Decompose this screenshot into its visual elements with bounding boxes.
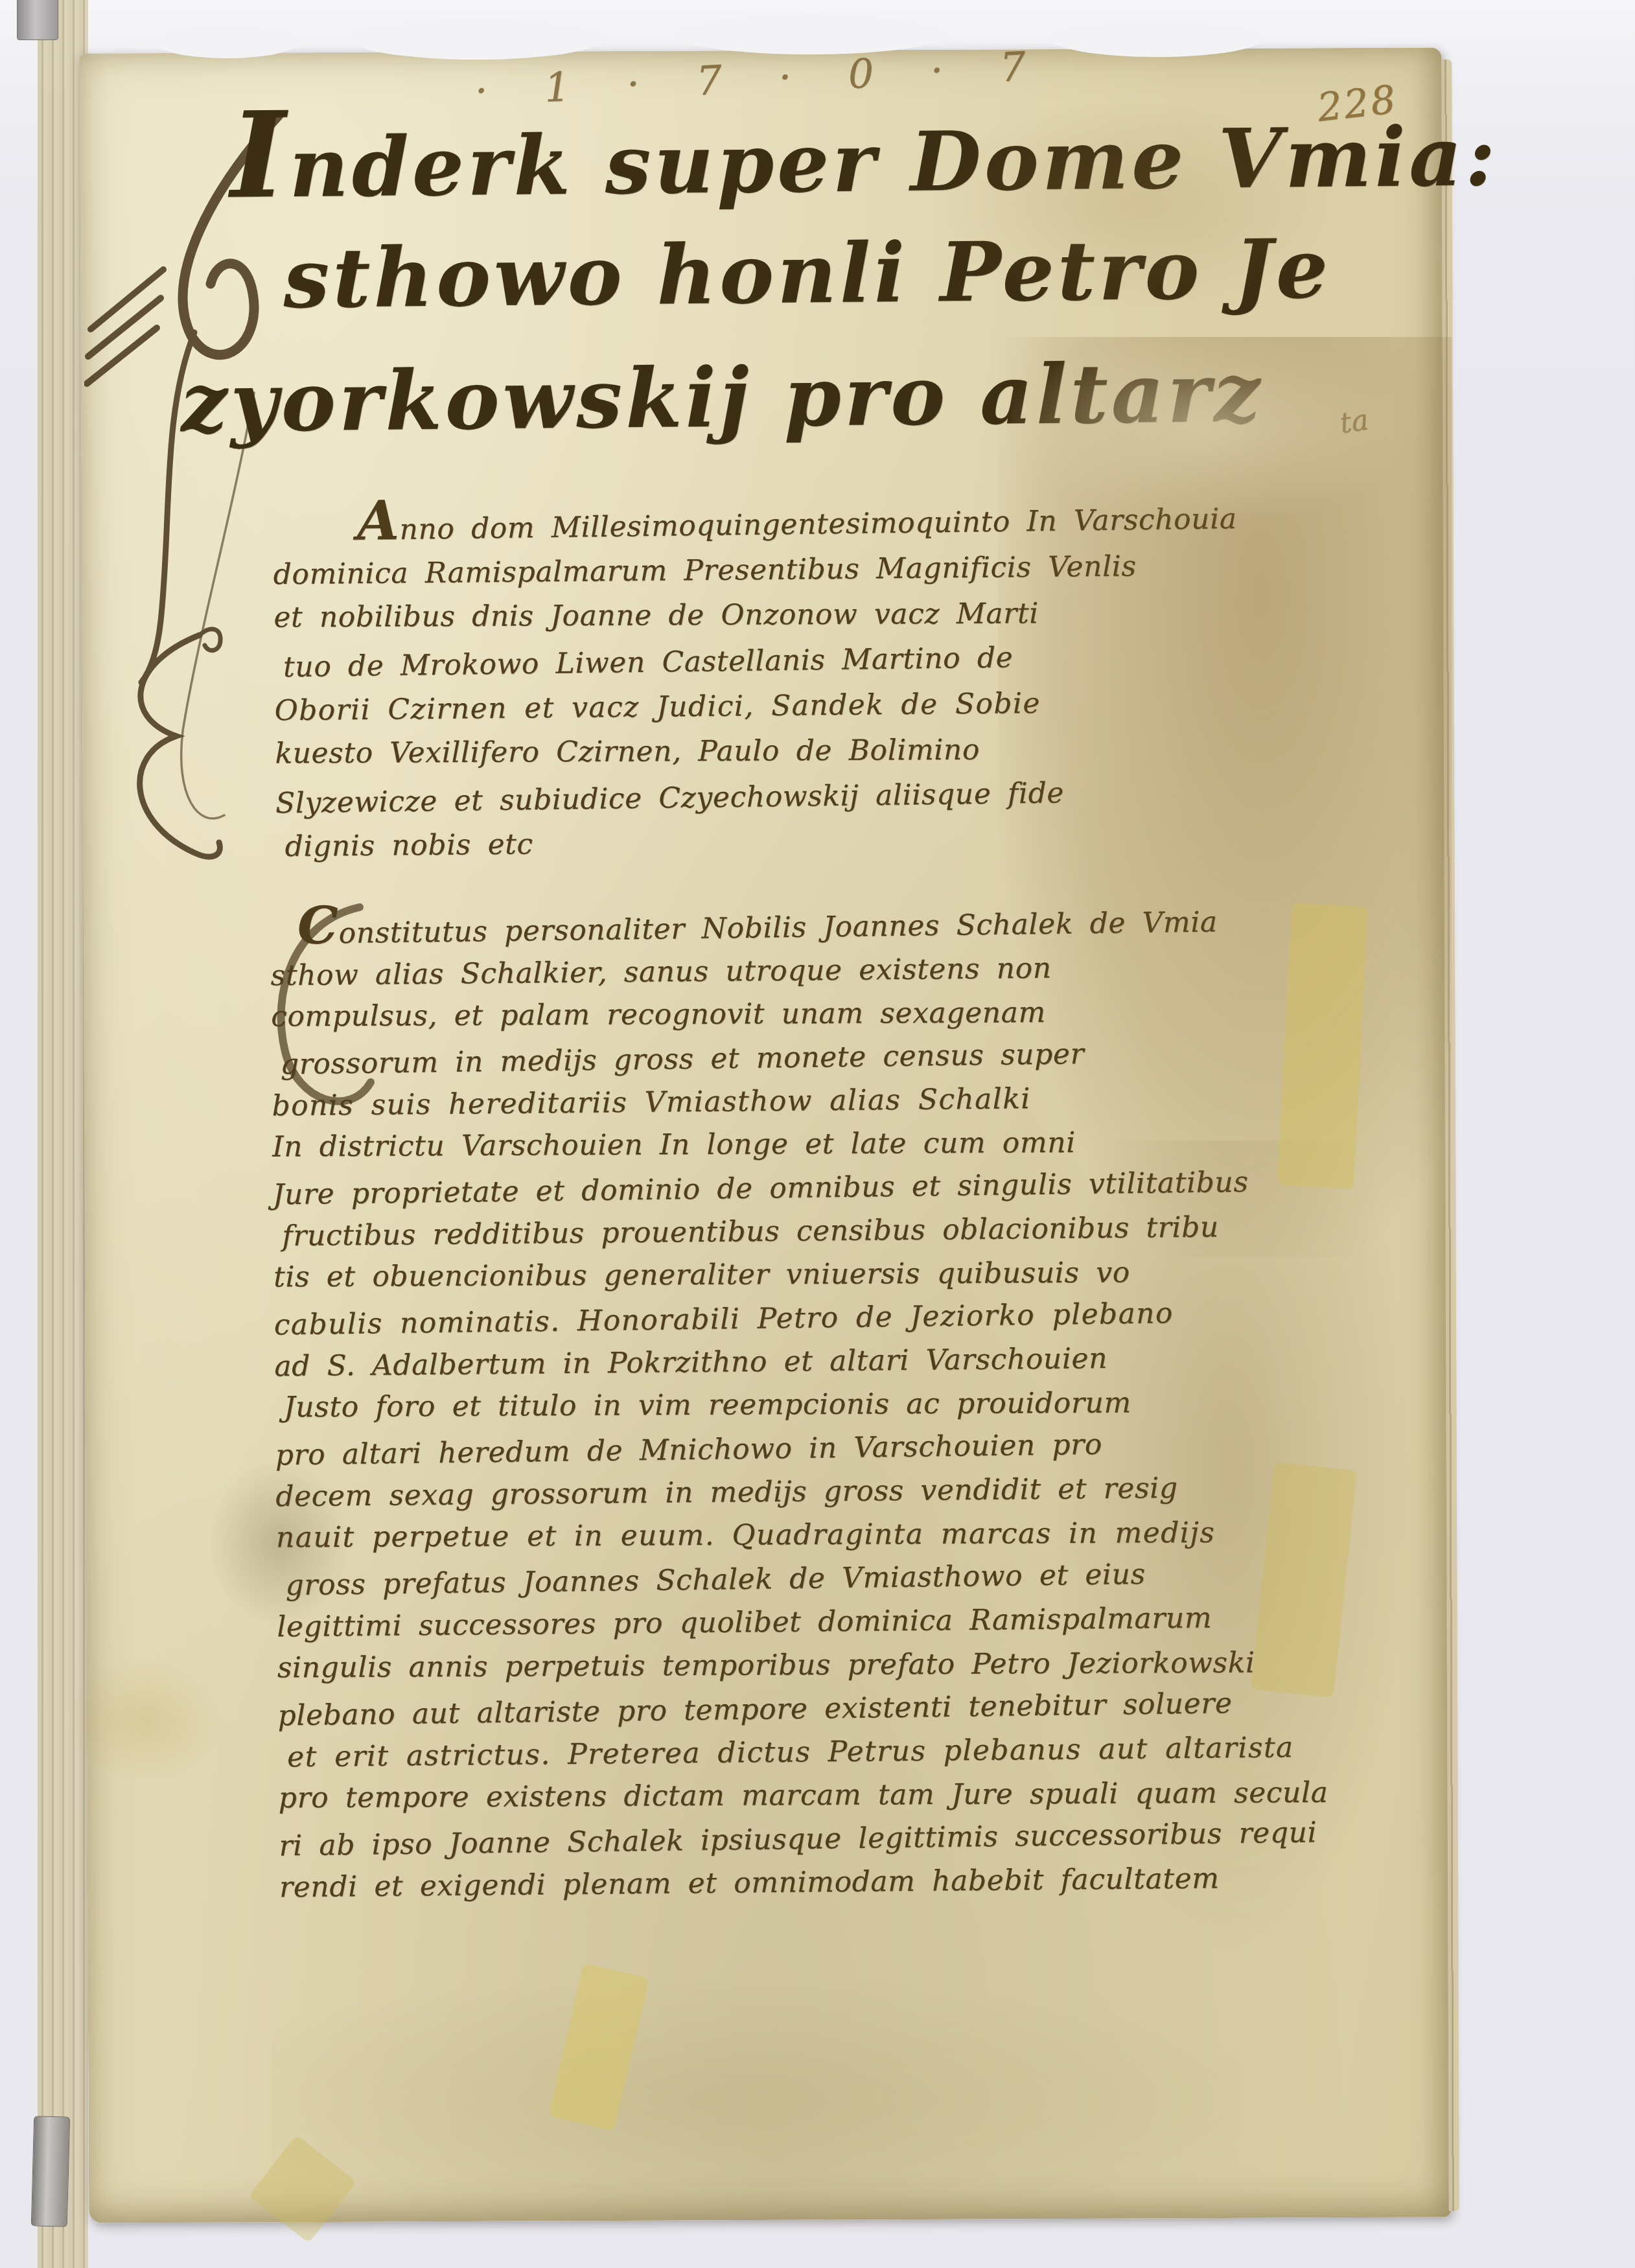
book-gutter [0, 0, 88, 2268]
ink-layer: · 1 · 7 · 0 · 7 228 ta Inderk super Dome… [74, 44, 1457, 2227]
binding-clasp-top [17, 0, 58, 40]
title-line: zyorkowskij pro altarz [180, 329, 1439, 465]
entry-heading: Inderk super Dome Vmia: sthowo honli Pet… [172, 83, 1439, 465]
title-line: Inderk super Dome Vmia: [230, 83, 1437, 218]
act-paragraph: Constitutus personaliter Nobilis Joannes… [270, 891, 1440, 1909]
title-line: sthowo honli Petro Je [283, 206, 1437, 340]
manuscript-scan: · 1 · 7 · 0 · 7 228 ta Inderk super Dome… [0, 0, 1635, 2268]
binding-clasp-bottom [31, 2116, 70, 2227]
protocol-paragraph: Anno dom Millesimoquingentesimoquinto In… [273, 486, 1417, 870]
